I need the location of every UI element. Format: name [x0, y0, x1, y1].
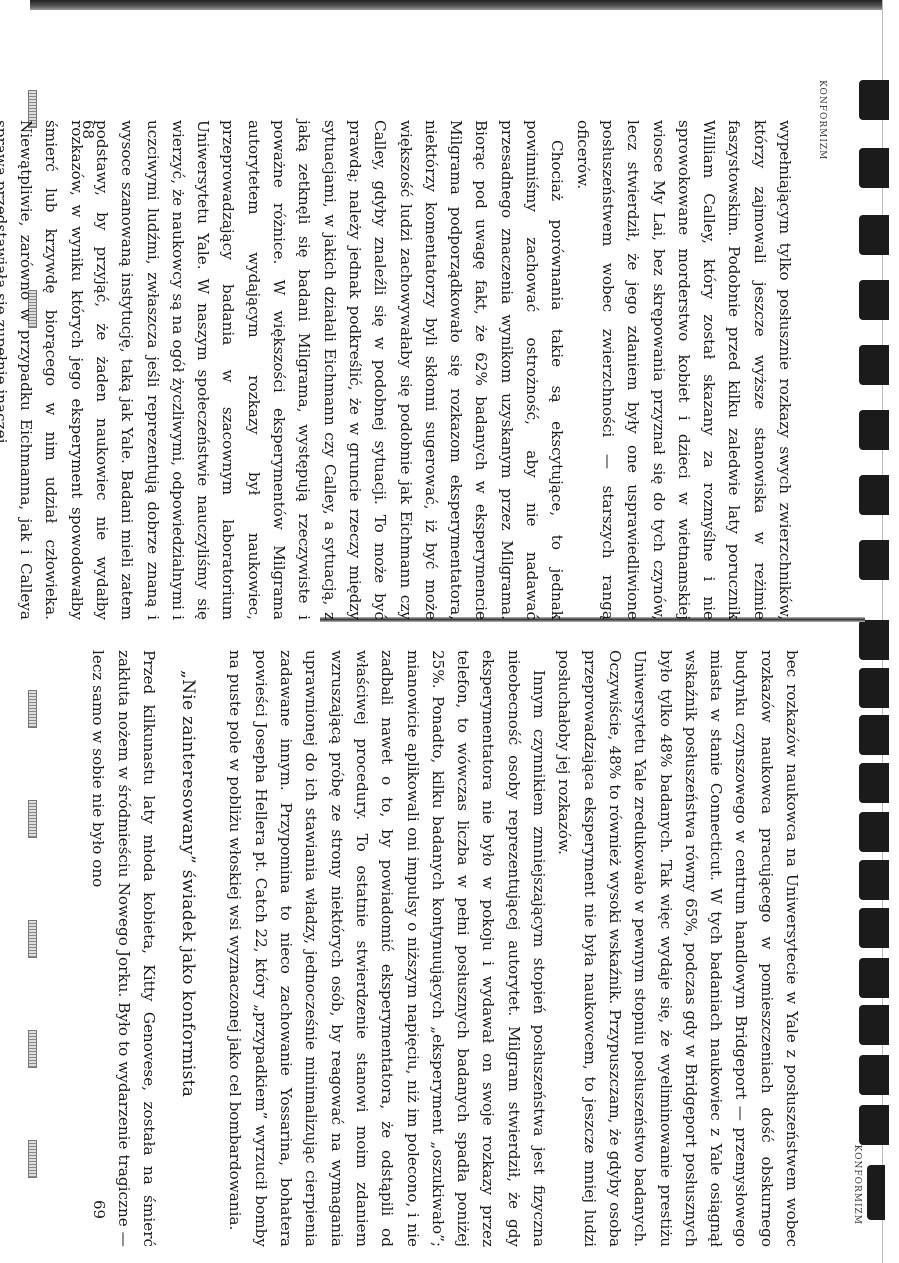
running-head: KONFORMIZM [817, 80, 827, 160]
paragraph: wypełniającym tylko posłusznie rozkazy s… [569, 120, 797, 620]
binding-mark [28, 920, 37, 958]
binding-tab [859, 345, 889, 385]
binding-tab [859, 410, 889, 450]
running-head: KONFORMIZM [852, 1145, 862, 1225]
page-body: wypełniającym tylko posłusznie rozkazy s… [0, 120, 797, 620]
paragraph: Chociaż porównania takie są ekscytujące,… [0, 120, 569, 620]
binding-mark [28, 1030, 37, 1068]
paragraph: Przed kilkunastu laty młoda kobieta, Kit… [85, 650, 161, 1247]
section-heading: „Nie zainteresowany” świadek jako konfor… [175, 670, 200, 1247]
binding-mark [28, 690, 37, 728]
page-number: 68 [79, 120, 97, 139]
scan-corner [0, 0, 30, 18]
paragraph: Innym czynnikiem zmniejszającym stopień … [222, 650, 551, 1247]
binding-tab [859, 475, 889, 515]
binding-tab [859, 148, 889, 188]
page-number: 69 [90, 1200, 108, 1219]
binding-tab [859, 280, 889, 320]
paragraph: bec rozkazów naukowca na Uniwersytecie w… [551, 650, 804, 1247]
scan-top-shadow [0, 0, 899, 10]
right-page: KONFORMIZM bec rozkazów naukowca na Uniw… [76, 640, 866, 1250]
binding-mark [28, 1140, 37, 1178]
left-page: KONFORMIZM wypełniającym tylko posłuszni… [65, 70, 835, 630]
binding-tab [867, 1165, 885, 1220]
binding-tab [859, 215, 889, 255]
page-body: bec rozkazów naukowca na Uniwersytecie w… [85, 650, 804, 1247]
binding-tab [859, 80, 889, 120]
binding-mark [28, 800, 37, 838]
binding-tab [859, 540, 889, 580]
